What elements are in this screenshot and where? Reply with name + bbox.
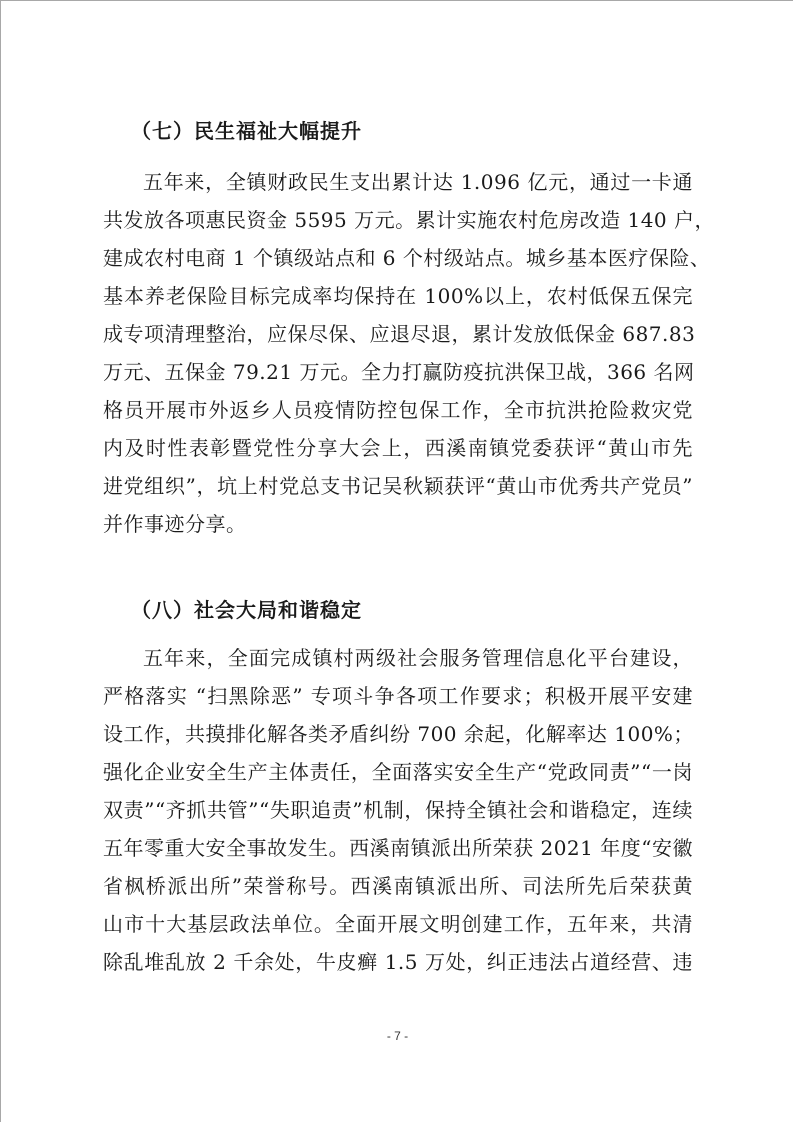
- document-page: （七）民生福祉大幅提升 五年来，全镇财政民生支出累计达 1.096 亿元，通过一…: [0, 0, 793, 1122]
- paragraph-line: 五年来，全镇财政民生支出累计达 1.096 亿元，通过一卡通: [143, 170, 693, 194]
- page-number: - 7 -: [1, 1029, 793, 1043]
- paragraph-line: 严格落实 “扫黑除恶” 专项斗争各项工作要求；积极开展平安建: [103, 684, 693, 708]
- paragraph-line: 五年来，全面完成镇村两级社会服务管理信息化平台建设，: [143, 646, 693, 670]
- paragraph-line: 五年零重大安全事故发生。西溪南镇派出所荣获 2021 年度“安徽: [103, 836, 693, 860]
- paragraph-line: 并作事迹分享。: [103, 512, 247, 536]
- paragraph-line: 山市十大基层政法单位。全面开展文明创建工作，五年来，共清: [103, 912, 693, 936]
- paragraph-line: 内及时性表彰暨党性分享大会上，西溪南镇党委获评“黄山市先: [103, 436, 693, 460]
- paragraph-line: 进党组织”，坑上村党总支书记吴秋颖获评“黄山市优秀共产党员”: [103, 474, 693, 498]
- section-heading-8: （八）社会大局和谐稳定: [131, 598, 362, 622]
- paragraph-line: 设工作，共摸排化解各类矛盾纠纷 700 余起，化解率达 100%；: [103, 722, 693, 746]
- paragraph-line: 共发放各项惠民资金 5595 万元。累计实施农村危房改造 140 户，: [103, 208, 693, 232]
- paragraph-line: 建成农村电商 1 个镇级站点和 6 个村级站点。城乡基本医疗保险、: [103, 246, 693, 270]
- paragraph-line: 省枫桥派出所”荣誉称号。西溪南镇派出所、司法所先后荣获黄: [103, 874, 693, 898]
- paragraph-line: 成专项清理整治，应保尽保、应退尽退，累计发放低保金 687.83: [103, 322, 693, 346]
- paragraph-line: 万元、五保金 79.21 万元。全力打赢防疫抗洪保卫战，366 名网: [103, 360, 693, 384]
- paragraph-line: 双责”“齐抓共管”“失职追责”机制，保持全镇社会和谐稳定，连续: [103, 798, 693, 822]
- paragraph-line: 格员开展市外返乡人员疫情防控包保工作，全市抗洪抢险救灾党: [103, 398, 693, 422]
- paragraph-line: 除乱堆乱放 2 千余处，牛皮癣 1.5 万处，纠正违法占道经营、违: [103, 950, 693, 974]
- paragraph-line: 基本养老保险目标完成率均保持在 100%以上，农村低保五保完: [103, 284, 693, 308]
- section-heading-7: （七）民生福祉大幅提升: [131, 119, 362, 143]
- paragraph-line: 强化企业安全生产主体责任，全面落实安全生产“党政同责”“一岗: [103, 760, 693, 784]
